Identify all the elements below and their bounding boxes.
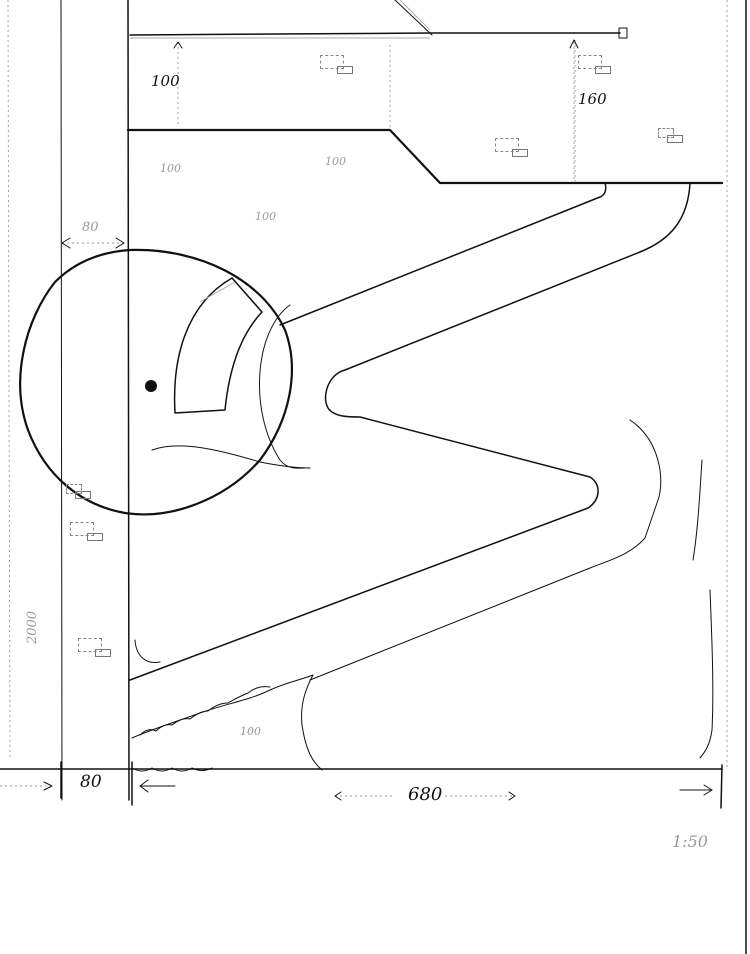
left-boundary-line-inner [128,0,129,800]
pathway-right-loop [310,420,661,680]
dimension-bottom-left-width: 80 [80,772,102,792]
scale-label: 1:50 [672,832,708,851]
room-symbol [70,522,94,536]
site-plan-drawing [0,0,750,954]
room-symbol [320,55,344,69]
side-note: 2000 [25,611,40,644]
room-symbol [658,128,674,138]
building-top-edge [130,33,620,35]
planting-wedge [132,675,322,770]
room-symbol [78,638,102,652]
dimension-bottom-span: 680 [408,784,442,805]
left-boundary-line-outer [61,0,62,800]
pathway-corner [135,640,160,663]
pathway-outer-upper [280,183,606,325]
diagonal-roof-line [395,0,432,35]
area-annotation: 100 [160,162,181,175]
inner-arc [259,305,305,468]
area-annotation: 100 [325,155,346,168]
dimension-top-right-depth: 160 [578,90,607,108]
pathway-inner [345,183,690,370]
room-symbol [578,55,602,69]
dimension-top-left-depth: 100 [151,72,180,90]
area-annotation: 100 [255,210,276,223]
pathway-loop-left [130,370,598,680]
room-symbol [495,138,519,152]
room-symbol [66,484,82,494]
building-outline [128,130,722,183]
curved-shelter [175,278,262,413]
center-dot [145,380,157,392]
dimension-left-strip-width: 80 [82,220,99,235]
page-left-faint-line [8,0,10,760]
area-annotation: 100 [240,725,261,738]
